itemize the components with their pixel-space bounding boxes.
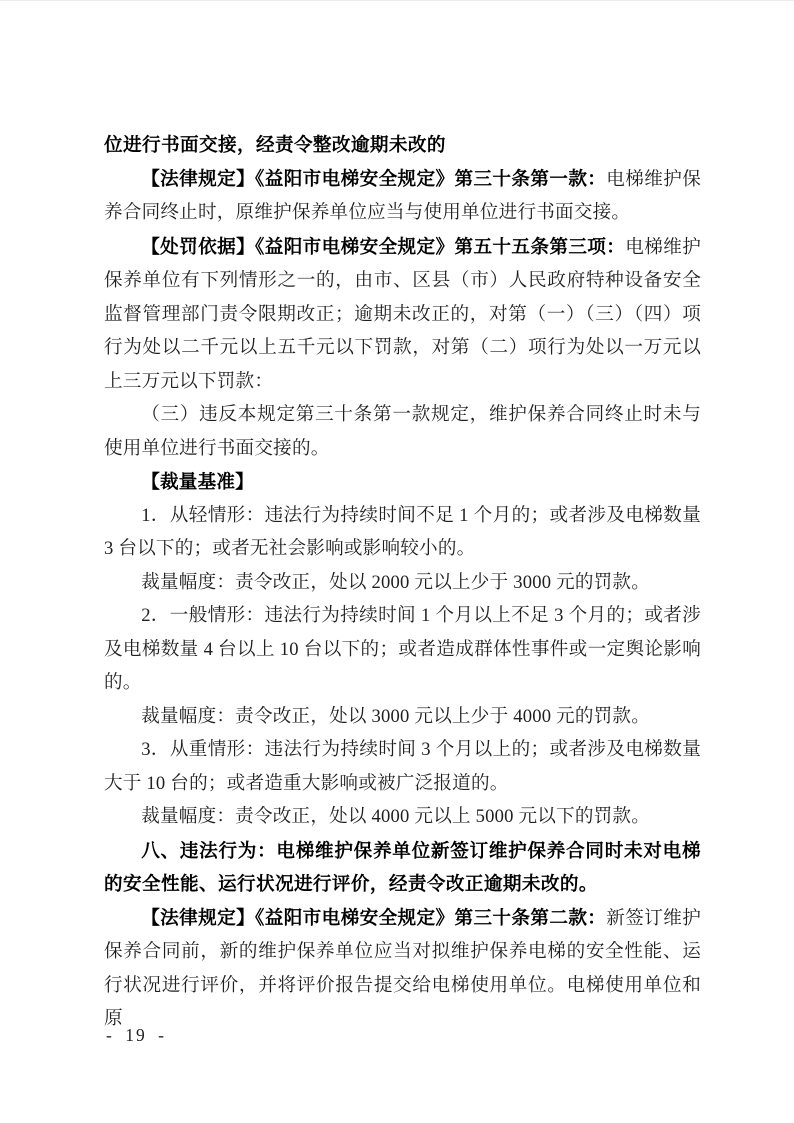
violation-8-title: 八、违法行为：电梯维护保养单位新签订维护保养合同时未对电梯的安全性能、运行状况进…	[104, 834, 701, 901]
legal-provision-1: 【法律规定】《益阳市电梯安全规定》第三十条第一款：电梯维护保养合同终止时，原维护…	[104, 162, 701, 230]
benchmark-item-1-range: 裁量幅度：责令改正，处以 2000 元以上少于 3000 元的罚款。	[104, 566, 701, 600]
violation-7-title-continuation: 位进行书面交接，经责令整改逾期未改的	[104, 128, 701, 162]
discretion-benchmark-heading: 【裁量基准】	[104, 465, 701, 499]
page-content: 位进行书面交接，经责令整改逾期未改的 【法律规定】《益阳市电梯安全规定》第三十条…	[104, 128, 701, 1036]
document-page: 位进行书面交接，经责令整改逾期未改的 【法律规定】《益阳市电梯安全规定》第三十条…	[0, 0, 794, 1123]
benchmark-item-2-range: 裁量幅度：责令改正，处以 3000 元以上少于 4000 元的罚款。	[104, 700, 701, 734]
benchmark-item-1-light: 1．从轻情形：违法行为持续时间不足 1 个月的；或者涉及电梯数量 3 台以下的；…	[104, 499, 701, 566]
legal-provision-1-label: 【法律规定】《益阳市电梯安全规定》第三十条第一款：	[141, 168, 606, 189]
penalty-basis-text: 电梯维护保养单位有下列情形之一的，由市、区县（市）人民政府特种设备安全监督管理部…	[104, 237, 701, 392]
penalty-basis-item-3: （三）违反本规定第三十条第一款规定，维护保养合同终止时未与使用单位进行书面交接的…	[104, 398, 701, 465]
legal-provision-2: 【法律规定】《益阳市电梯安全规定》第三十条第二款：新签订维护保养合同前，新的维护…	[104, 901, 701, 1036]
penalty-basis: 【处罚依据】《益阳市电梯安全规定》第五十五条第三项：电梯维护保养单位有下列情形之…	[104, 230, 701, 399]
benchmark-item-2-general: 2．一般情形：违法行为持续时间 1 个月以上不足 3 个月的；或者涉及电梯数量 …	[104, 599, 701, 700]
benchmark-item-3-severe: 3．从重情形：违法行为持续时间 3 个月以上的；或者涉及电梯数量大于 10 台的…	[104, 733, 701, 800]
legal-provision-2-label: 【法律规定】《益阳市电梯安全规定》第三十条第二款：	[141, 907, 606, 928]
benchmark-item-3-range: 裁量幅度：责令改正，处以 4000 元以上 5000 元以下的罚款。	[104, 800, 701, 834]
page-number: - 19 -	[106, 1023, 166, 1047]
penalty-basis-label: 【处罚依据】《益阳市电梯安全规定》第五十五条第三项：	[141, 236, 625, 257]
